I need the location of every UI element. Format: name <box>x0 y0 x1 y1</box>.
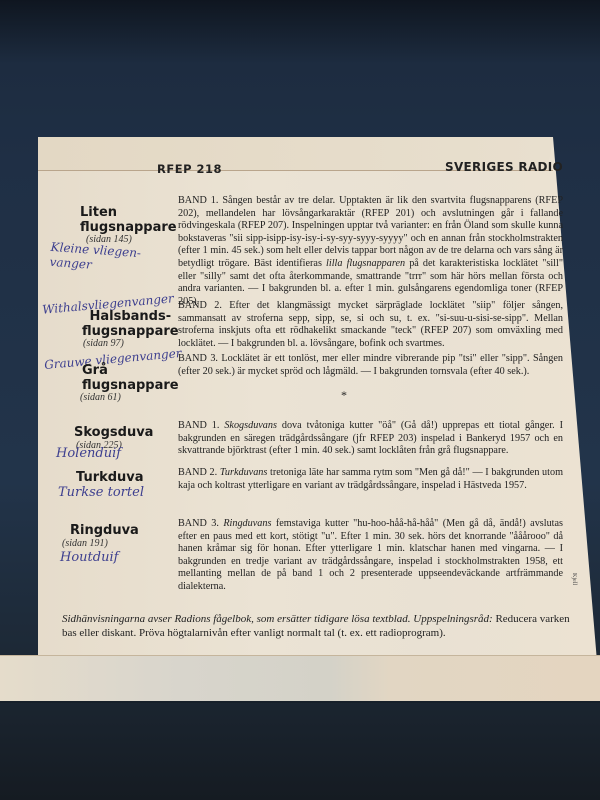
band-text: BAND 3. <box>178 518 223 529</box>
section-separator: * <box>341 388 347 403</box>
species-name-line2: flugsnappare <box>80 220 177 235</box>
species-name: Skogsduva <box>74 425 153 440</box>
band-text-italic: Skogsduvans <box>224 420 277 431</box>
species-name-line1: Ringduva <box>70 523 139 538</box>
band-text-italic: Turkduvans <box>220 467 268 478</box>
label-name: SVERIGES RADIO <box>445 160 563 174</box>
species-name-line1: Turkduva <box>76 470 144 485</box>
band-text: BAND 3. Locklätet är ett tonlöst, mer el… <box>178 353 563 377</box>
species-name-line1: Skogsduva <box>74 425 153 440</box>
species-name-line2: flugsnappare <box>82 378 179 393</box>
band-text: BAND 2. <box>178 467 220 478</box>
footer-note: Sidhänvisningarna avser Radions fågelbok… <box>62 612 572 640</box>
species-name-line2: flugsnappare <box>82 324 179 339</box>
handwritten-note: Houtduif <box>60 550 118 565</box>
band-description: BAND 1. Sången består av tre delar. Uppt… <box>178 195 563 308</box>
species-name-line1: Halsbands- <box>82 309 179 324</box>
band-description: BAND 2. Efter det klangmässigt mycket sä… <box>178 300 563 350</box>
species-page-ref: (sidan 97) <box>83 338 124 349</box>
band-text-italic: Ringduvans <box>223 518 271 529</box>
footer-italic: Sidhänvisningarna avser Radions fågelbok… <box>62 613 493 625</box>
band-description: BAND 3. Locklätet är ett tonlöst, mer el… <box>178 353 563 378</box>
species-page-ref: (sidan 191) <box>62 538 108 549</box>
band-text: BAND 2. Efter det klangmässigt mycket sä… <box>178 300 563 349</box>
band-text-after: femstaviga kutter "hu-hoo-håå-hå-håå" (M… <box>178 518 563 592</box>
species-name: Grå flugsnappare <box>82 363 179 393</box>
species-name-line1: Liten <box>80 205 177 220</box>
catalog-number: RFEP 218 <box>157 162 222 176</box>
printer-mark: Kjell <box>571 573 577 585</box>
species-page-ref: (sidan 61) <box>80 392 121 403</box>
species-name: Turkduva <box>76 470 144 485</box>
band-text: BAND 1. <box>178 420 224 431</box>
band-description: BAND 1. Skogsduvans dova tvåtoniga kutte… <box>178 420 563 458</box>
species-name: Halsbands- flugsnappare <box>82 309 179 339</box>
handwritten-note: Holenduif <box>56 446 121 461</box>
species-name: Ringduva <box>70 523 139 538</box>
species-name-line1: Grå <box>82 363 179 378</box>
sleeve-bottom-flap <box>0 655 600 703</box>
handwritten-note: Turkse tortel <box>58 485 144 500</box>
species-name: Liten flugsnappare <box>80 205 177 235</box>
band-text-italic: lilla flugsnapparen <box>326 258 405 269</box>
band-description: BAND 3. Ringduvans femstaviga kutter "hu… <box>178 518 563 594</box>
band-description: BAND 2. Turkduvans tretoniga läte har sa… <box>178 467 563 492</box>
